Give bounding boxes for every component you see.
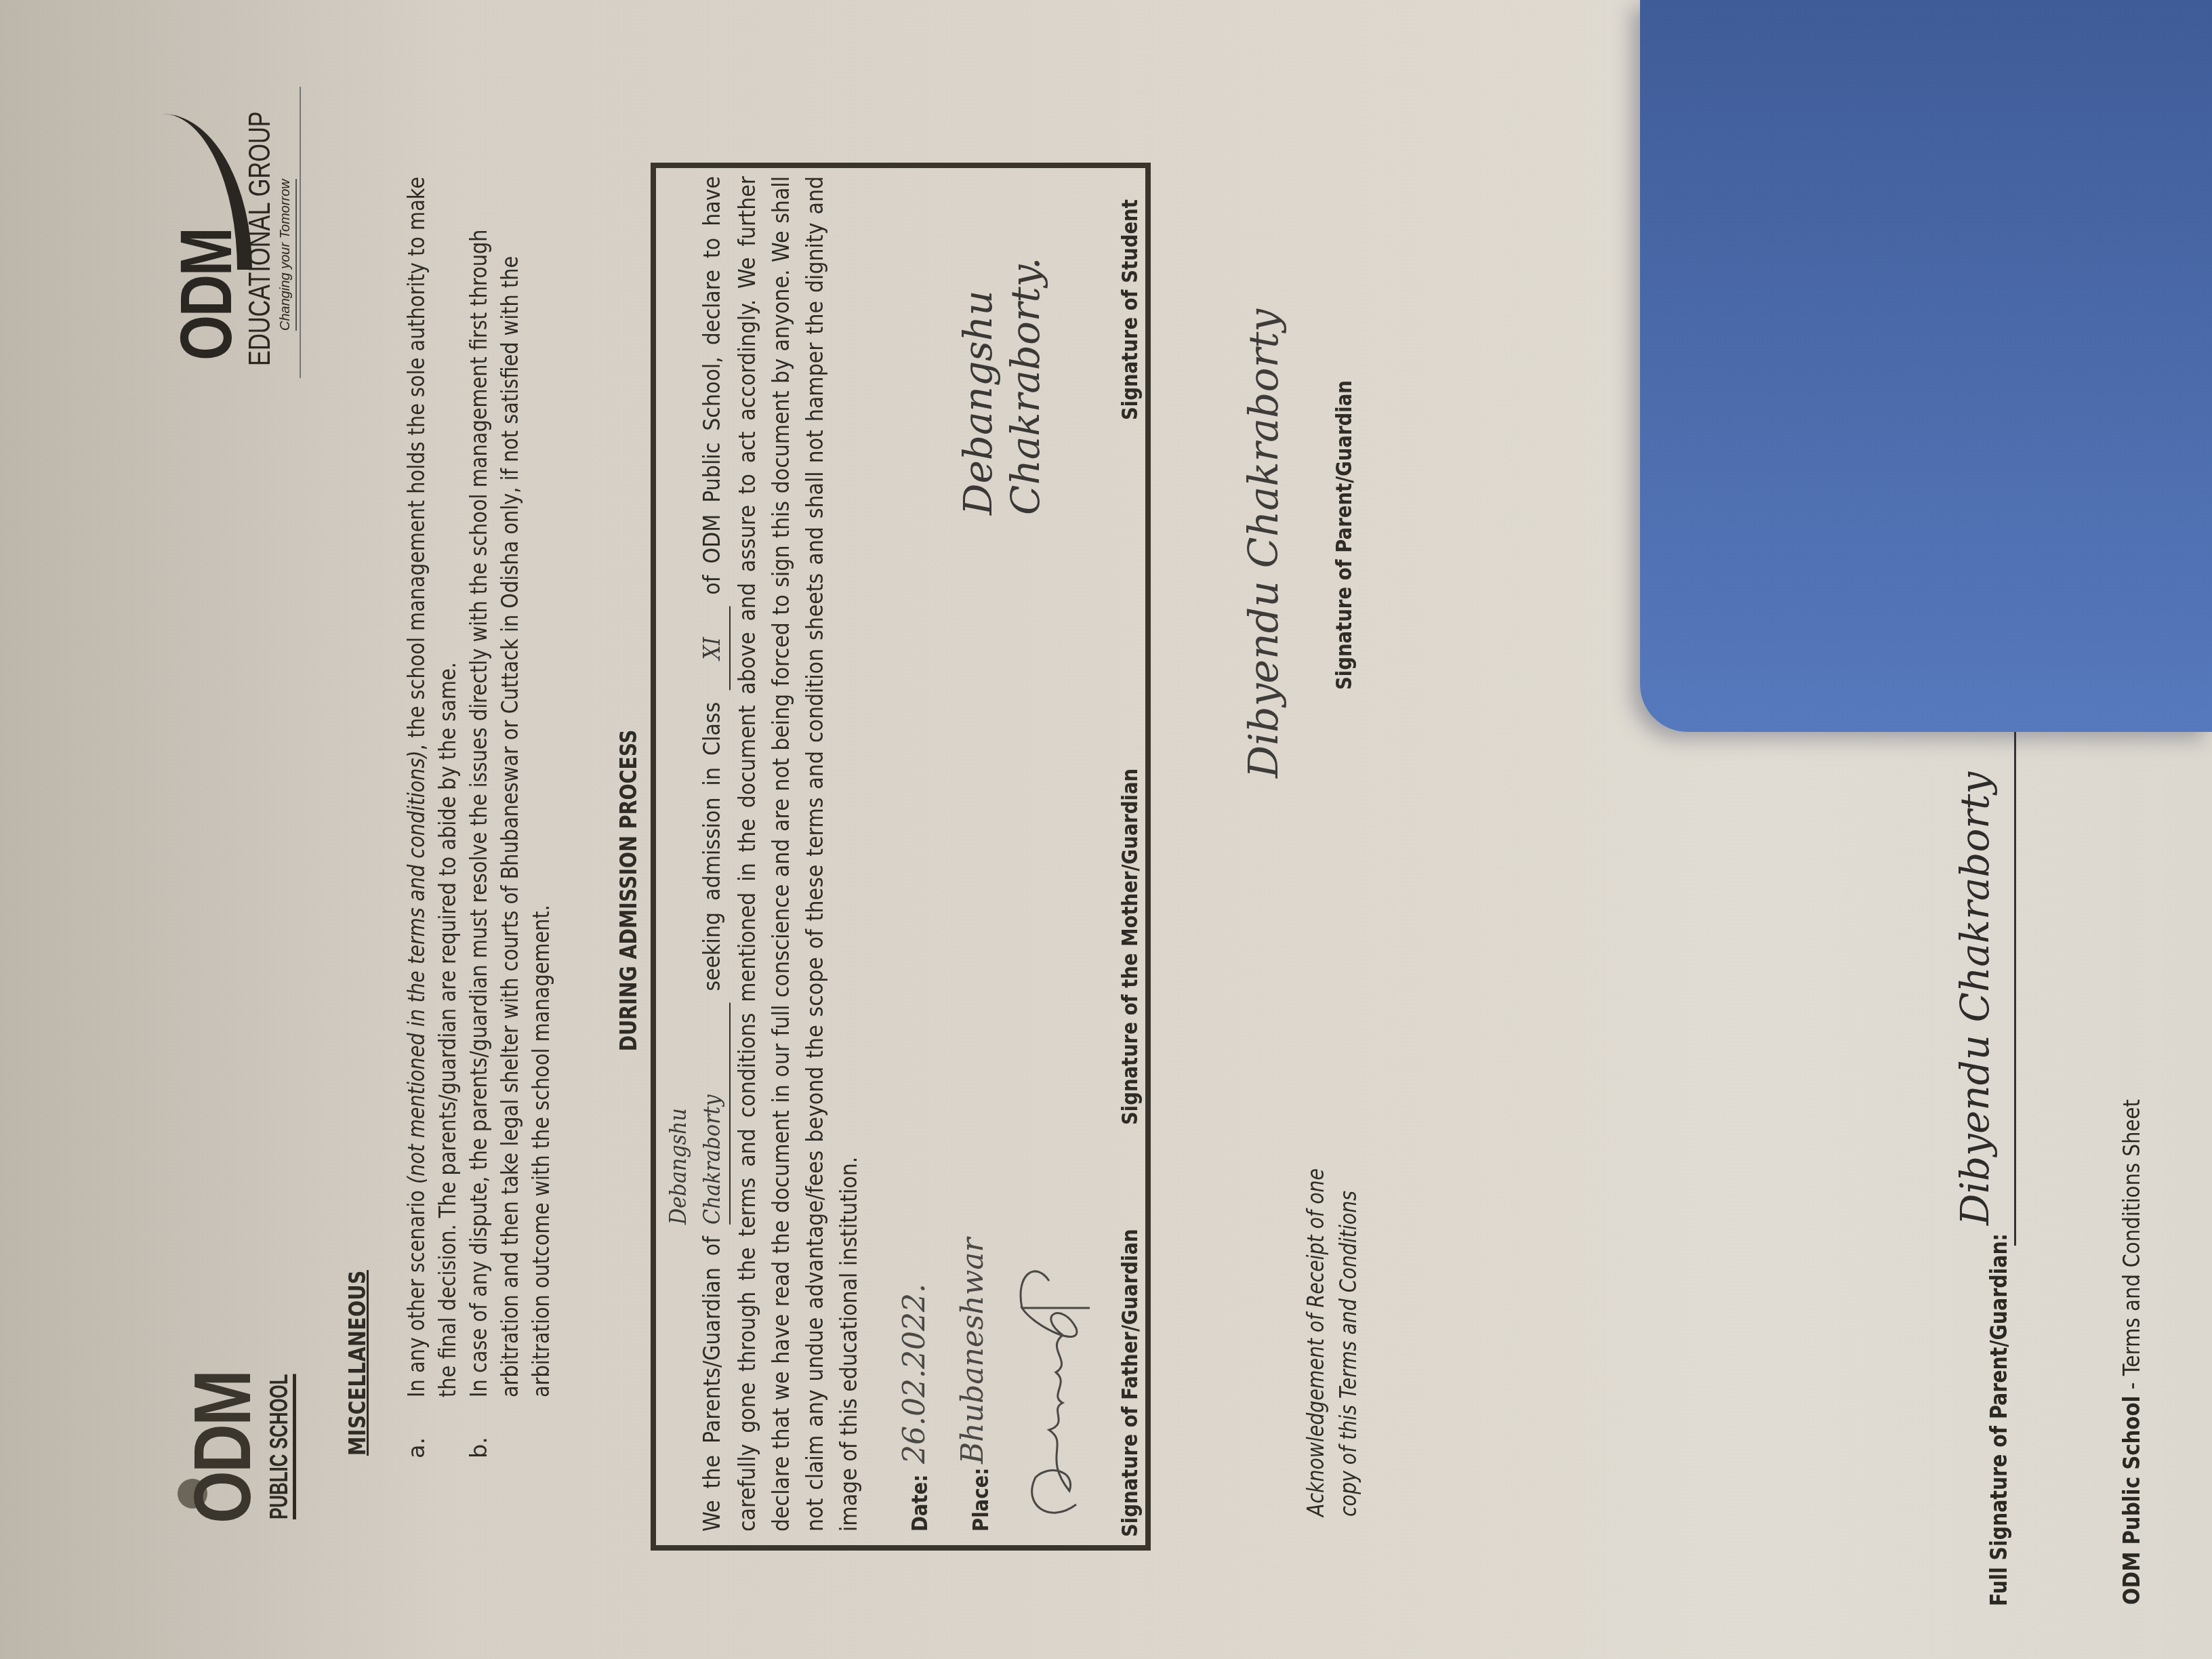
declaration-text: We the Parents/Guardian of Debangshu Cha…	[661, 176, 866, 1532]
blue-folder-overlay	[1640, 0, 2212, 732]
header-rule	[300, 87, 301, 378]
page-footer: ODM Public School - Terms and Conditions…	[2118, 1099, 2146, 1605]
student-name-field[interactable]: Debangshu Chakraborty	[661, 1003, 731, 1225]
place-label: Place:	[968, 1468, 994, 1532]
section-heading-admission: DURING ADMISSION PROCESS	[615, 0, 642, 1659]
father-signature-scribble	[1008, 1247, 1103, 1532]
parent-signature: Dibyendu Chakraborty	[1240, 309, 1288, 778]
acknowledgement-text: Acknowledgement of Receipt of one copy o…	[1300, 1168, 1365, 1517]
student-signature-label: Signature of Student	[1117, 199, 1143, 420]
odm-public-school-logo: ODM PUBLIC SCHOOL	[183, 1381, 319, 1544]
full-signature-label: Full Signature of Parent/Guardian:	[1986, 1233, 2012, 1606]
father-signature-label: Signature of Father/Guardian	[1117, 1229, 1143, 1537]
class-field[interactable]: XI	[695, 607, 731, 691]
full-signature-handwritten: Dibyendu Chakraborty	[1952, 772, 1998, 1225]
declaration-box: We the Parents/Guardian of Debangshu Cha…	[651, 163, 1151, 1551]
clause-a: a. In any other scenario (not mentioned …	[401, 211, 464, 1458]
date-value[interactable]: 26.02.2022.	[897, 1284, 932, 1464]
miscellaneous-clauses: a. In any other scenario (not mentioned …	[401, 211, 557, 1458]
clause-b: b. In case of any dispute, the parents/g…	[464, 211, 557, 1458]
parent-signature-label: Signature of Parent/Guardian	[1331, 380, 1357, 690]
date-label: Date:	[907, 1475, 933, 1532]
section-heading-miscellaneous: MISCELLANEOUS	[344, 1270, 371, 1456]
odm-educational-group-logo: ODM EDUCATIONAL GROUP Changing your Tomo…	[169, 87, 305, 371]
student-signature: Debangshu Chakraborty.	[954, 203, 1049, 515]
mother-signature-label: Signature of the Mother/Guardian	[1117, 769, 1143, 1125]
place-value[interactable]: Bhubaneshwar	[956, 1237, 990, 1464]
